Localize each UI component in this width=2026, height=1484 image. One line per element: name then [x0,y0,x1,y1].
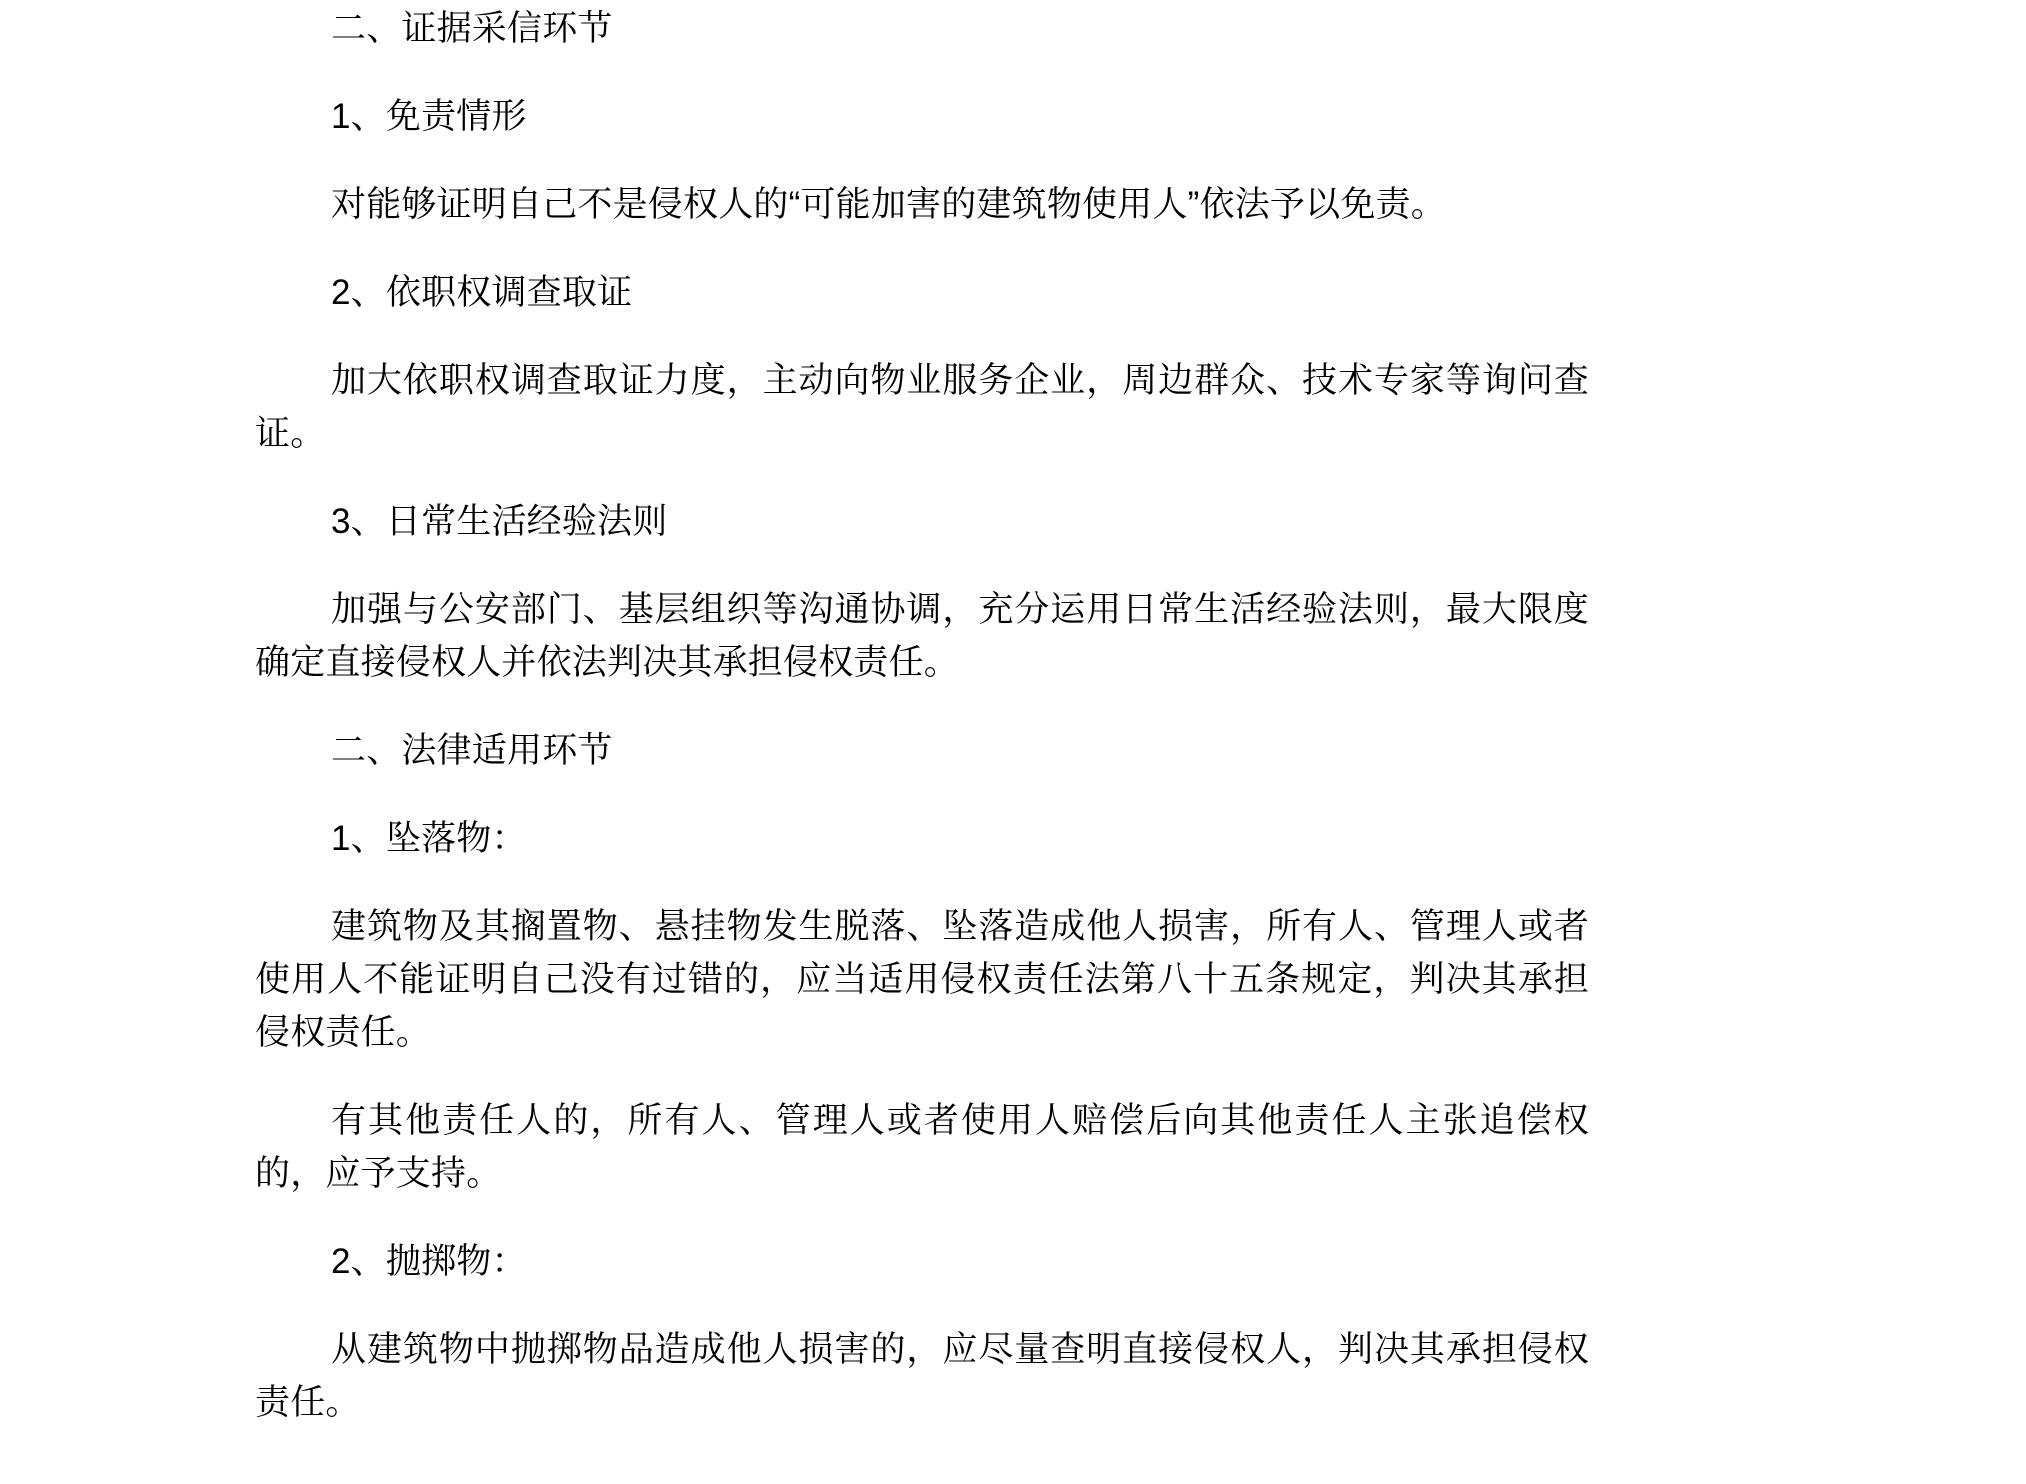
subheading: 3、日常生活经验法则 [255,495,1589,548]
section-heading: 二、法律适用环节 [255,724,1589,777]
subheading: 2、依职权调查取证 [255,266,1589,319]
subheading: 2、抛掷物： [255,1235,1589,1288]
subheading: 1、免责情形 [255,90,1589,143]
paragraph: 从建筑物中抛掷物品造成他人损害的，应尽量查明直接侵权人，判决其承担侵权责任。 [255,1323,1589,1429]
paragraph: 加大依职权调查取证力度，主动向物业服务企业，周边群众、技术专家等询问查证。 [255,354,1589,460]
document-page: 二、证据采信环节1、免责情形对能够证明自己不是侵权人的“可能加害的建筑物使用人”… [255,2,1589,1429]
subheading: 1、坠落物： [255,812,1589,865]
paragraph: 建筑物及其搁置物、悬挂物发生脱落、坠落造成他人损害，所有人、管理人或者使用人不能… [255,900,1589,1059]
paragraph: 有其他责任人的，所有人、管理人或者使用人赔偿后向其他责任人主张追偿权的，应予支持… [255,1094,1589,1200]
section-heading: 二、证据采信环节 [255,2,1589,55]
document-body: 二、证据采信环节1、免责情形对能够证明自己不是侵权人的“可能加害的建筑物使用人”… [255,2,1589,1429]
paragraph: 对能够证明自己不是侵权人的“可能加害的建筑物使用人”依法予以免责。 [255,178,1589,231]
paragraph: 加强与公安部门、基层组织等沟通协调，充分运用日常生活经验法则，最大限度确定直接侵… [255,583,1589,689]
